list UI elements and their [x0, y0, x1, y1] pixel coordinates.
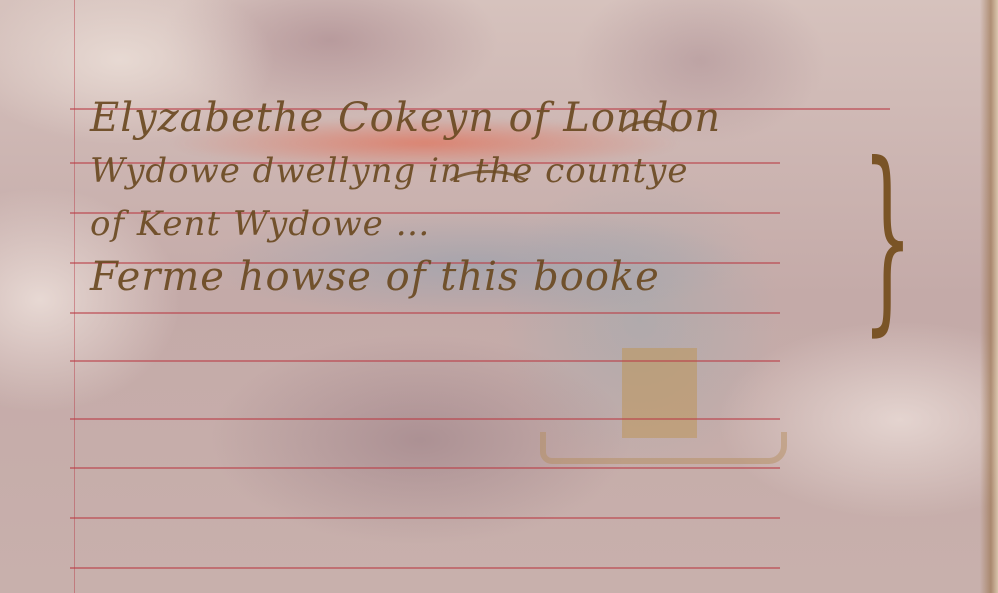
left-margin-rule: [74, 0, 75, 593]
ruled-line: [70, 467, 780, 469]
closing-bracket: }: [862, 138, 873, 338]
ruled-line: [70, 567, 780, 569]
ruled-line: [70, 312, 780, 314]
inscription-line: Ferme howse of this booke: [90, 251, 890, 304]
page-edge: [980, 0, 998, 593]
ruled-line: [70, 360, 780, 362]
manuscript-page: Elyzabethe Cokeyn of London Wydowe dwell…: [0, 0, 998, 593]
ink-flourish: [440, 170, 536, 216]
ink-flourish: [610, 120, 686, 186]
ruled-line: [70, 418, 780, 420]
inscription-line: Elyzabethe Cokeyn of London: [90, 92, 890, 145]
gilt-flourish-offset: [540, 432, 787, 464]
ruled-line: [70, 517, 780, 519]
